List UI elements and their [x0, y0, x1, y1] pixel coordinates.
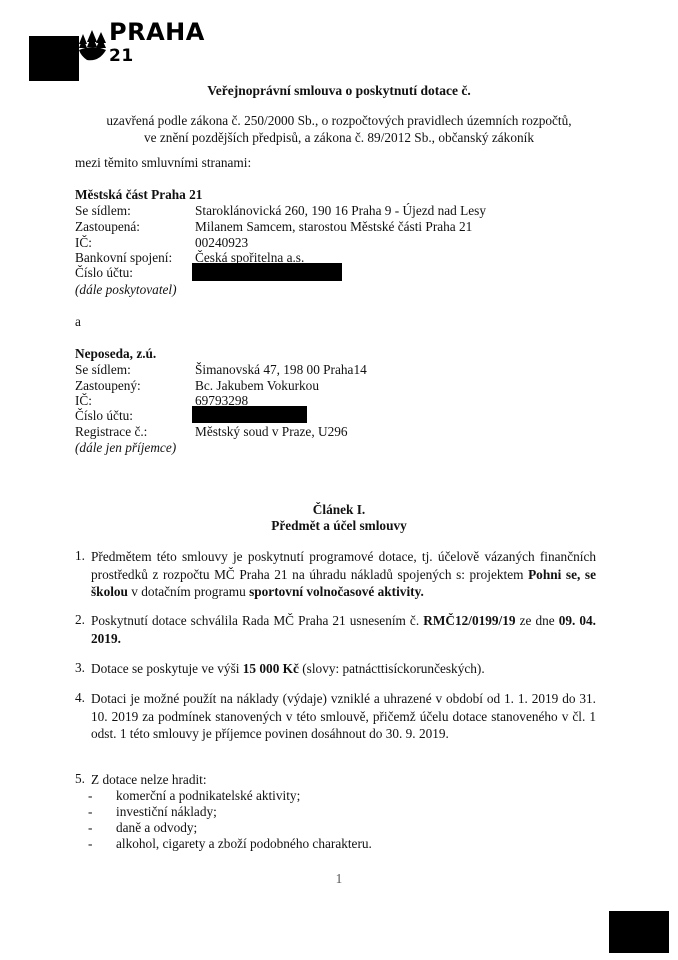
dash-bullet: - — [88, 836, 92, 852]
trees-and-lake-icon — [79, 28, 106, 68]
recipient-label-ic: IČ: — [75, 393, 92, 409]
emphasized-text: sportovní volnočasové aktivity. — [249, 584, 424, 599]
text-run: v dotačním programu — [128, 584, 249, 599]
text-run: Dotaci je možné použít na náklady (výdaj… — [91, 691, 596, 741]
text-run: ze dne — [516, 613, 559, 628]
item-text: Z dotace nelze hradit: — [91, 771, 596, 789]
provider-designation: (dále poskytovatel) — [75, 282, 177, 298]
exclusion-text: alkohol, cigarety a zboží podobného char… — [116, 836, 372, 852]
provider-value-ic: 00240923 — [195, 235, 248, 251]
page-number: 1 — [0, 871, 678, 887]
recipient-value-seat: Šimanovská 47, 198 00 Praha14 — [195, 362, 367, 378]
subtitle-line-1: uzavřená podle zákona č. 250/2000 Sb., o… — [0, 113, 678, 129]
recipient-value-registration: Městský soud v Praze, U296 — [195, 424, 348, 440]
exclusion-text: daně a odvody; — [116, 820, 197, 836]
recipient-label-registration: Registrace č.: — [75, 424, 147, 440]
recipient-label-seat: Se sídlem: — [75, 362, 131, 378]
text-run: (slovy: patnácttisíckorunčeských). — [299, 661, 485, 676]
provider-label-represented: Zastoupená: — [75, 219, 140, 235]
article-subheading: Předmět a účel smlouvy — [0, 518, 678, 534]
provider-label-ic: IČ: — [75, 235, 92, 251]
provider-account-redaction — [192, 263, 342, 281]
logo-number: 21 — [109, 46, 134, 66]
document-title: Veřejnoprávní smlouva o poskytnutí dotac… — [0, 83, 678, 99]
text-run: Z dotace nelze hradit: — [91, 772, 207, 787]
redaction-block-bottom — [609, 911, 669, 953]
emphasized-text: RMČ12/0199/19 — [423, 613, 515, 628]
item-text: Poskytnutí dotace schválila Rada MČ Prah… — [91, 612, 596, 647]
recipient-value-represented: Bc. Jakubem Vokurkou — [195, 378, 319, 394]
item-number: 2. — [75, 612, 85, 628]
recipient-label-account: Číslo účtu: — [75, 408, 133, 424]
exclusion-text: investiční náklady; — [116, 804, 217, 820]
recipient-label-represented: Zastoupený: — [75, 378, 141, 394]
exclusion-text: komerční a podnikatelské aktivity; — [116, 788, 300, 804]
emphasized-text: 15 000 Kč — [243, 661, 299, 676]
praha21-logo: PRAHA 21 — [79, 18, 189, 68]
logo-name: PRAHA — [109, 18, 205, 46]
provider-name: Městská část Praha 21 — [75, 187, 202, 203]
dash-bullet: - — [88, 804, 92, 820]
item-number: 5. — [75, 771, 85, 787]
provider-label-seat: Se sídlem: — [75, 203, 131, 219]
article-heading: Článek I. — [0, 502, 678, 518]
item-number: 4. — [75, 690, 85, 706]
recipient-designation: (dále jen příjemce) — [75, 440, 176, 456]
provider-value-seat: Staroklánovická 260, 190 16 Praha 9 - Új… — [195, 203, 486, 219]
provider-label-account: Číslo účtu: — [75, 265, 133, 281]
recipient-account-redaction — [192, 406, 307, 423]
provider-label-bank: Bankovní spojení: — [75, 250, 172, 266]
item-text: Předmětem této smlouvy je poskytnutí pro… — [91, 548, 596, 601]
item-number: 3. — [75, 660, 85, 676]
recipient-name: Neposeda, z.ú. — [75, 346, 156, 362]
item-number: 1. — [75, 548, 85, 564]
intro-text: mezi těmito smluvními stranami: — [75, 155, 251, 171]
subtitle-line-2: ve znění pozdějších předpisů, a zákona č… — [0, 130, 678, 146]
text-run: Dotace se poskytuje ve výši — [91, 661, 243, 676]
provider-value-represented: Milanem Samcem, starostou Městské části … — [195, 219, 472, 235]
item-text: Dotaci je možné použít na náklady (výdaj… — [91, 690, 596, 743]
conjunction: a — [75, 314, 81, 330]
text-run: Poskytnutí dotace schválila Rada MČ Prah… — [91, 613, 423, 628]
text-run: Předmětem této smlouvy je poskytnutí pro… — [91, 549, 596, 582]
redaction-block-top — [29, 36, 79, 81]
dash-bullet: - — [88, 788, 92, 804]
item-text: Dotace se poskytuje ve výši 15 000 Kč (s… — [91, 660, 596, 678]
dash-bullet: - — [88, 820, 92, 836]
